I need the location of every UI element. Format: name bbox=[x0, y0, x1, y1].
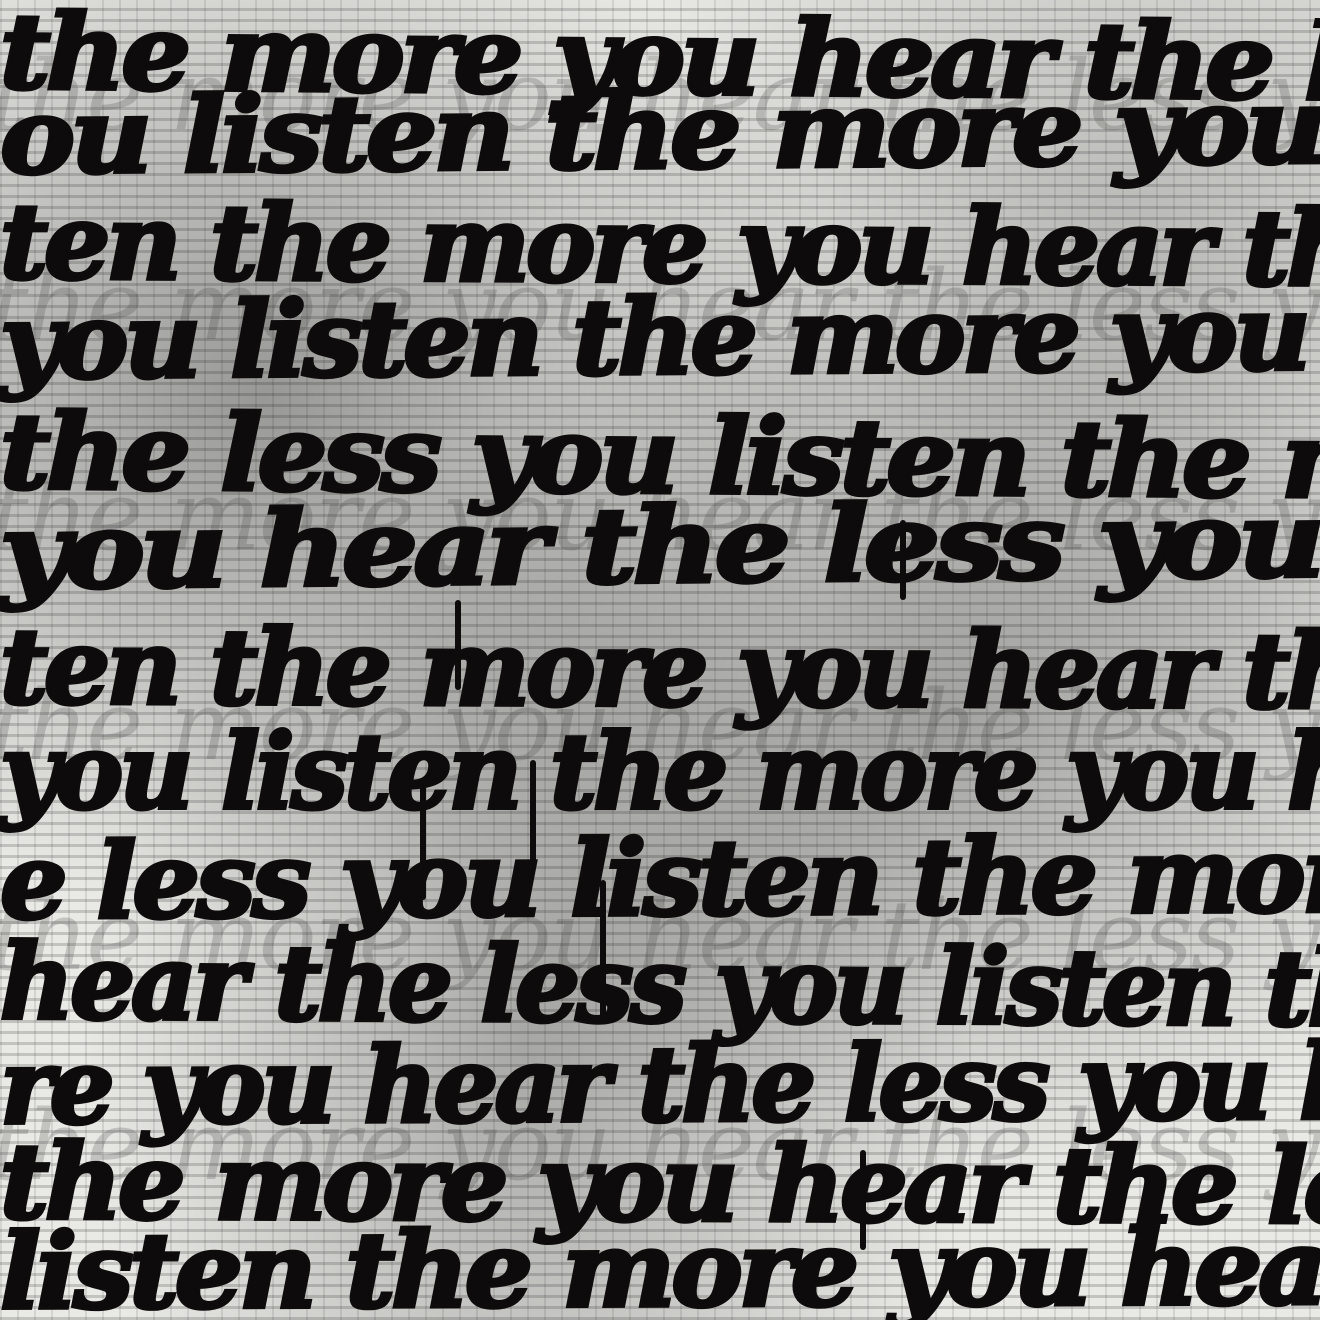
text-line-8: you listen the more you hear th bbox=[0, 720, 1320, 824]
text-line-9: e less you listen the more you bbox=[0, 822, 1320, 934]
text-line-4: you listen the more you hear bbox=[0, 279, 1320, 394]
painting-canvas: the more you hear the less you listen th… bbox=[0, 0, 1320, 1320]
text-line-2: ou listen the more you lis bbox=[0, 73, 1320, 189]
text-line-6: you hear the less you lis bbox=[0, 486, 1320, 604]
text-line-13: listen the more you hear the bbox=[0, 1215, 1320, 1320]
handwritten-text: the more you hear the less y ou listen t… bbox=[0, 0, 1320, 1320]
text-line-7: ten the more you hear the less bbox=[0, 615, 1320, 725]
